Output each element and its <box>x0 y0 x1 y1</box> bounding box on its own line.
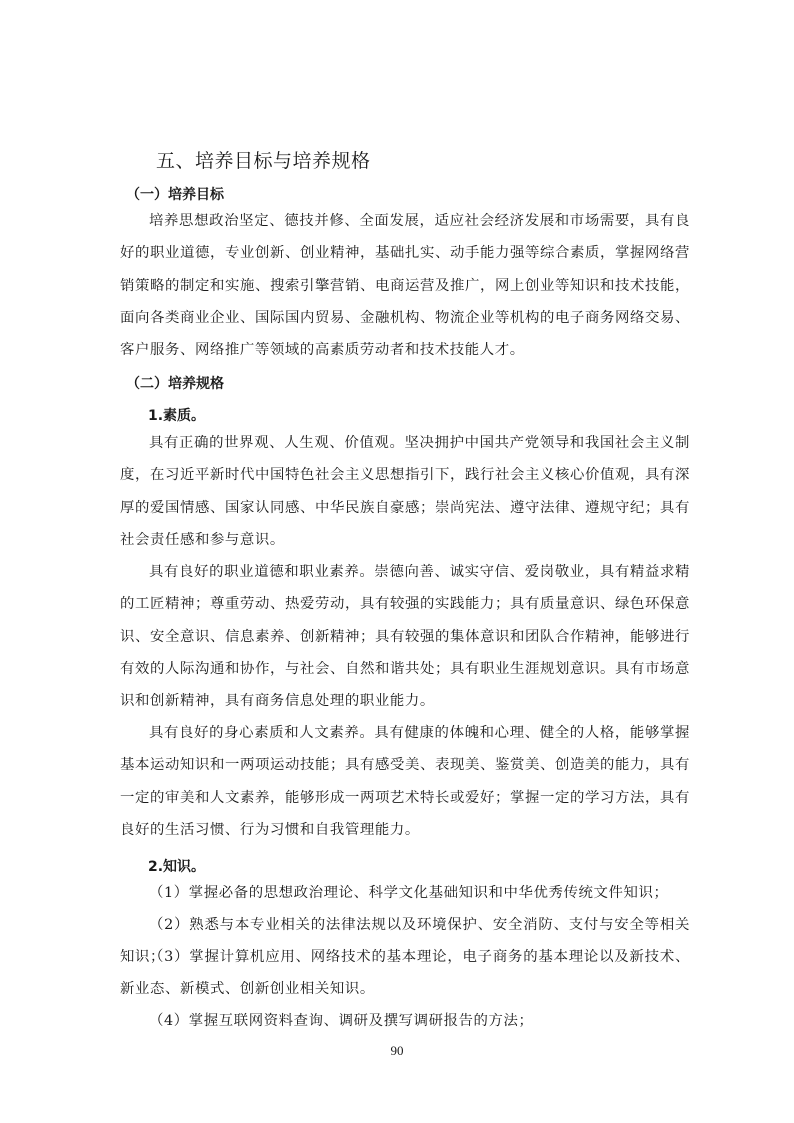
paragraph-training-goals: 培养思想政治坚定、德技并修、全面发展，适应社会经济发展和市场需要，具有良好的职业… <box>120 205 690 366</box>
item-heading-knowledge: 2.知识。 <box>148 856 205 876</box>
paragraph-quality-professional: 具有良好的职业道德和职业素养。崇德向善、诚实守信、爱岗敬业，具有精益求精的工匠精… <box>120 556 690 717</box>
knowledge-item-4: （4）掌握互联网资料查询、调研及撰写调研报告的方法； <box>120 1005 690 1037</box>
item-heading-quality: 1.素质。 <box>148 405 205 425</box>
page-number: 90 <box>0 1043 794 1059</box>
knowledge-item-1: （1）掌握必备的思想政治理论、科学文化基础知识和中华优秀传统文件知识； <box>120 877 690 909</box>
paragraph-quality-worldview: 具有正确的世界观、人生观、价值观。坚决拥护中国共产党领导和我国社会主义制度，在习… <box>120 427 690 556</box>
knowledge-item-3: （3）掌握计算机应用、网络技术的基本理论，电子商务的基本理论以及新技术、新业态、… <box>120 941 690 1006</box>
subsection-heading-training-goals: （一）培养目标 <box>126 184 224 204</box>
section-title: 五、培养目标与培养规格 <box>156 146 371 173</box>
paragraph-quality-physical: 具有良好的身心素质和人文素养。具有健康的体魄和心理、健全的人格，能够掌握基本运动… <box>120 717 690 846</box>
subsection-heading-training-specs: （二）培养规格 <box>126 373 224 393</box>
